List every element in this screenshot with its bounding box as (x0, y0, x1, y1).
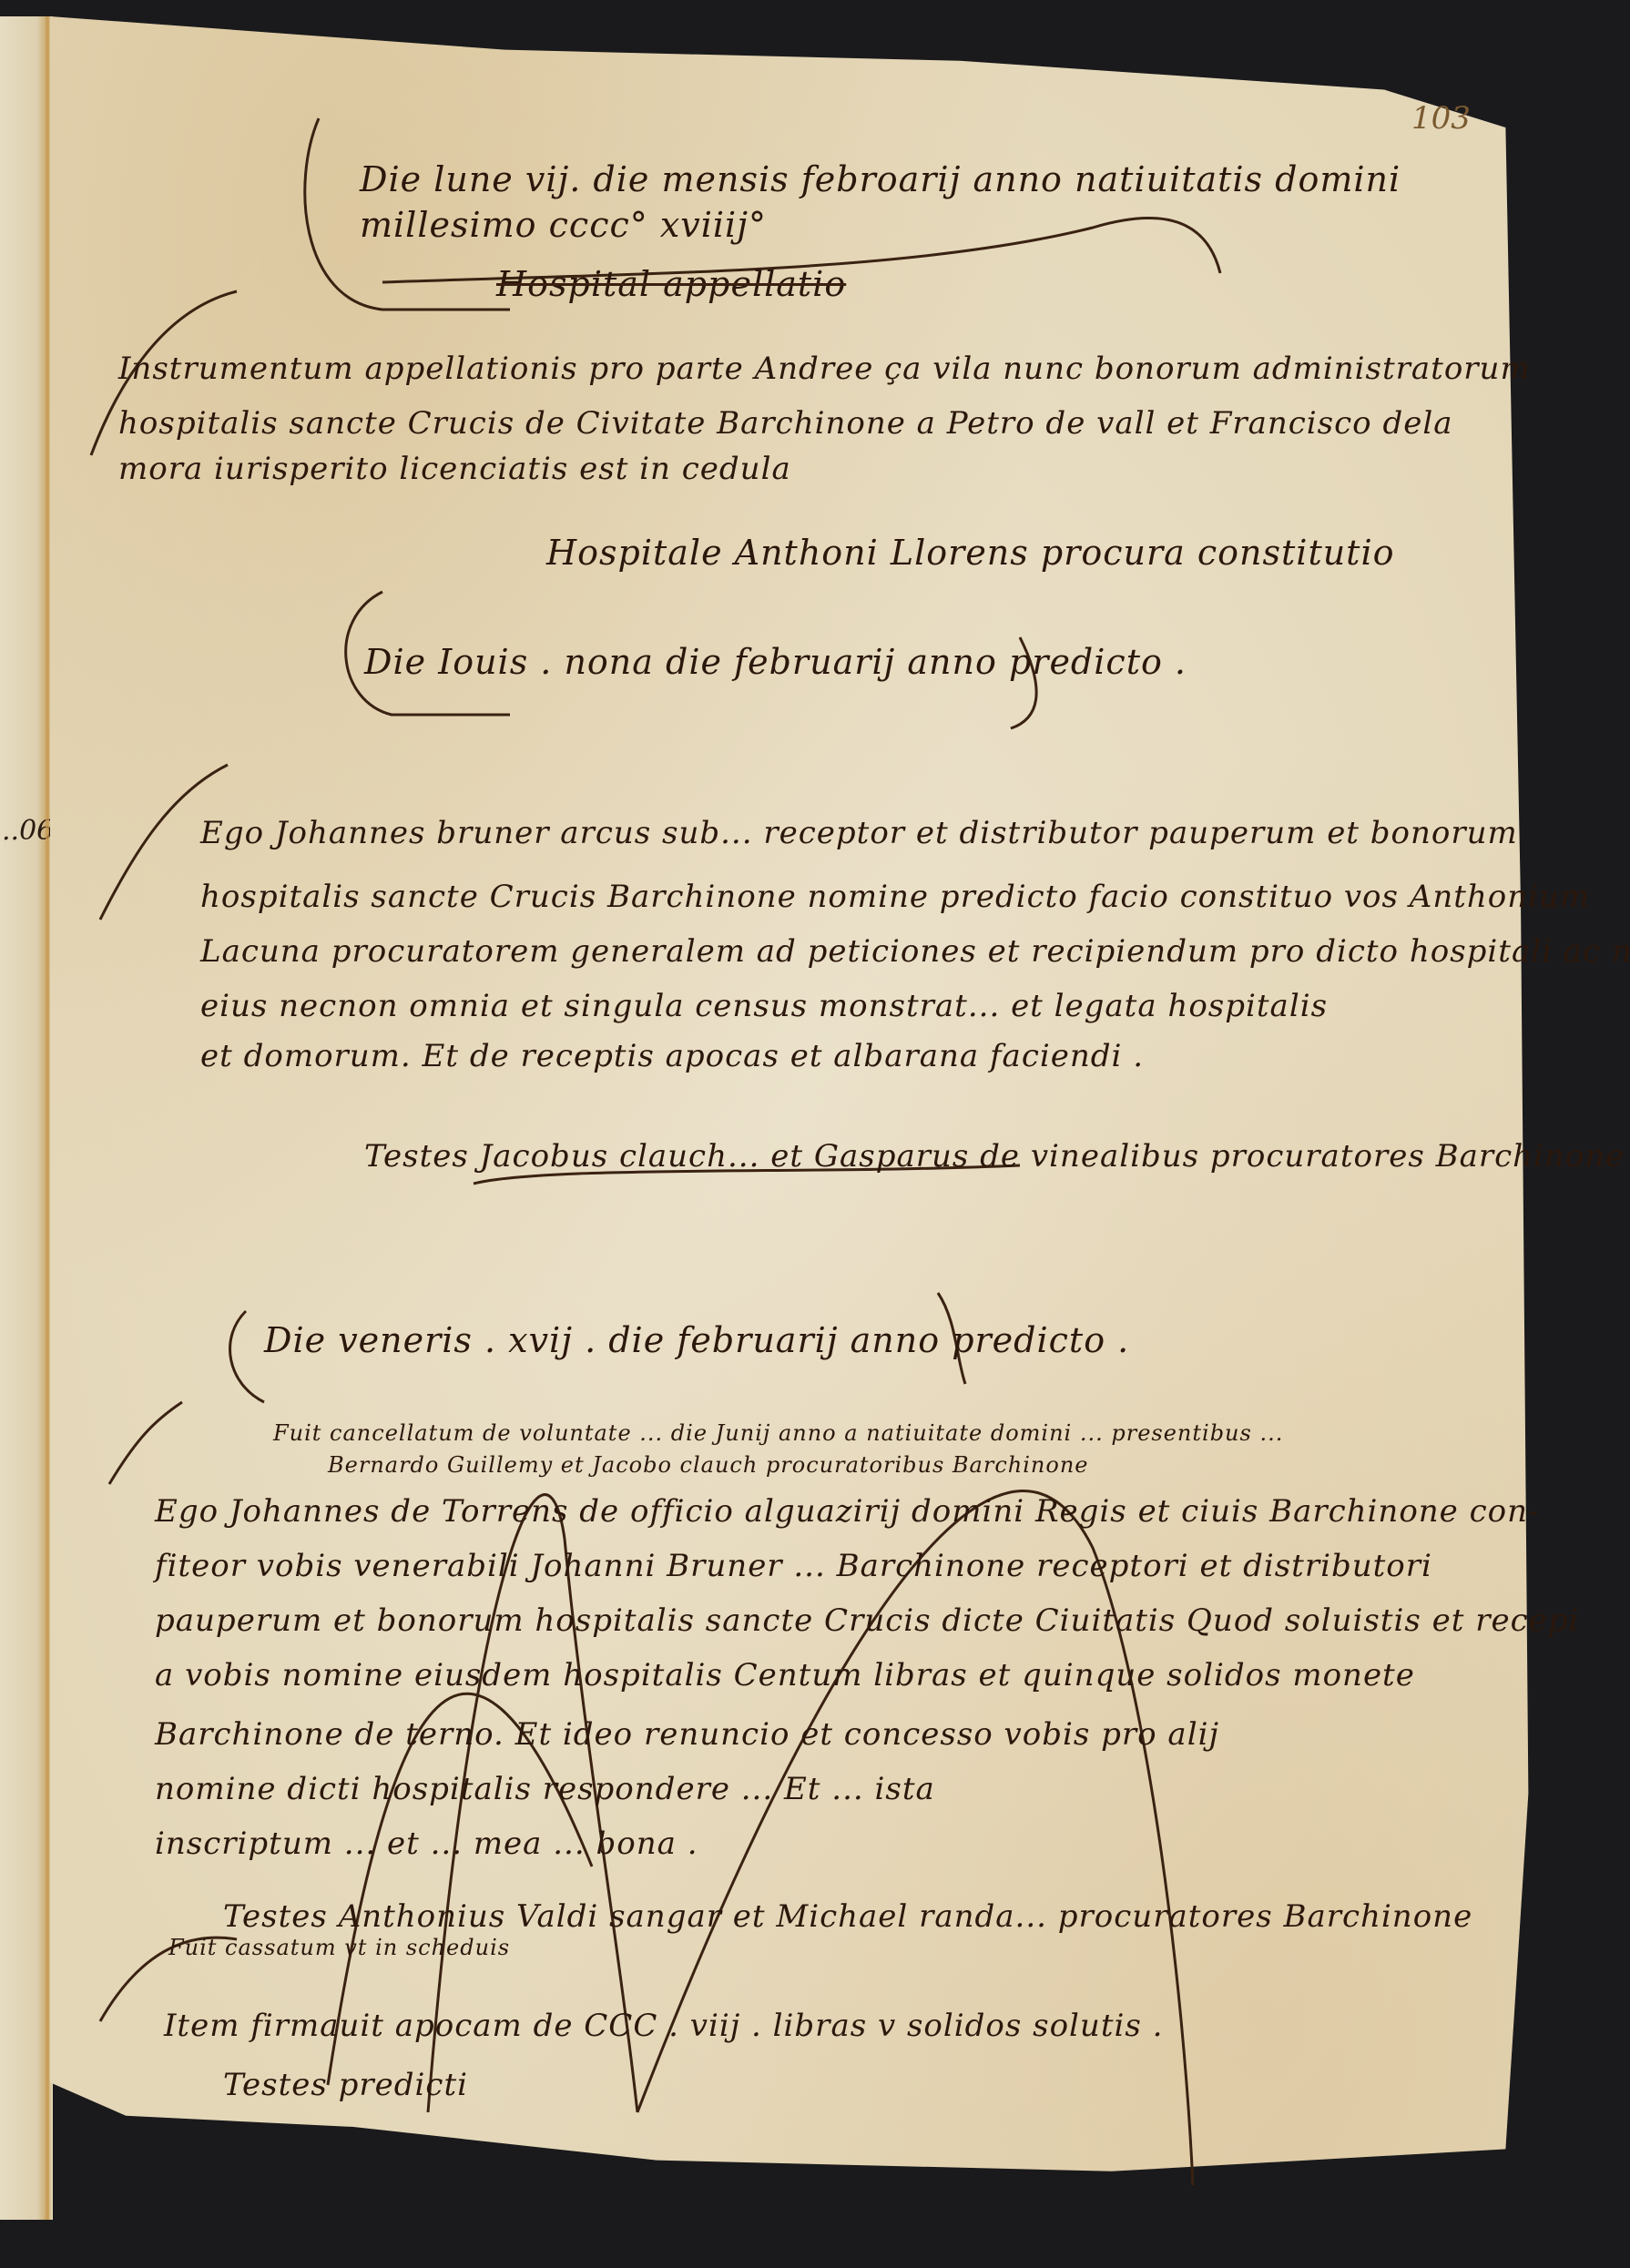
addendum-line: Testes predicti (223, 2067, 468, 2103)
witnesses-line: Testes Anthonius Valdi sangar et Michael… (223, 1898, 1472, 1935)
body-line: Ego Johannes bruner arcus sub... recepto… (200, 815, 1518, 851)
body-line: hospitalis sancte Crucis Barchinone nomi… (200, 879, 1590, 915)
body-line: fiteor vobis venerabili Johanni Bruner .… (155, 1548, 1432, 1584)
witnesses-line: Testes Jacobus clauch... et Gasparus de … (364, 1138, 1625, 1175)
body-line: Lacuna procuratorem generalem ad peticio… (200, 933, 1630, 970)
date-heading-line: Die veneris . xvij . die februarij anno … (264, 1320, 1129, 1360)
body-line: a vobis nomine eiusdem hospitalis Centum… (155, 1657, 1415, 1693)
body-line: et domorum. Et de receptis apocas et alb… (200, 1038, 1144, 1074)
interlinear-note: Bernardo Guillemy et Jacobo clauch procu… (328, 1452, 1088, 1478)
body-line: hospitalis sancte Crucis de Civitate Bar… (118, 405, 1452, 442)
addendum-line: Item firmauit apocam de CCC . viij . lib… (164, 2008, 1163, 2044)
margin-note: Fuit cassatum vt in scheduis (168, 1935, 510, 1960)
body-line: nomine dicti hospitalis respondere ... E… (155, 1771, 935, 1807)
date-heading-line: millesimo cccc° xviiij° (360, 205, 767, 245)
body-line: Barchinone de terno. Et ideo renuncio et… (155, 1716, 1219, 1753)
body-line: pauperum et bonorum hospitalis sancte Cr… (155, 1602, 1579, 1639)
binding-gutter (46, 16, 49, 2220)
folio-number: 103 (1411, 100, 1471, 137)
body-line: Ego Johannes de Torrens de officio algua… (155, 1493, 1540, 1530)
date-heading-line: Die lune vij. die mensis febroarij anno … (360, 159, 1401, 199)
subject-heading: Hospitale Anthoni Llorens procura consti… (546, 533, 1395, 573)
interlinear-note: Fuit cancellatum de voluntate ... die Ju… (273, 1420, 1283, 1446)
body-line: eius necnon omnia et singula census mons… (200, 988, 1328, 1024)
body-line: Instrumentum appellationis pro parte And… (118, 351, 1531, 387)
body-line: inscriptum ... et ... mea ... bona . (155, 1826, 698, 1862)
date-heading-line: Die Iouis . nona die februarij anno pred… (364, 642, 1187, 682)
subject-heading: Hospital appellatio (496, 264, 846, 304)
body-line: mora iurisperito licenciatis est in cedu… (118, 451, 791, 487)
